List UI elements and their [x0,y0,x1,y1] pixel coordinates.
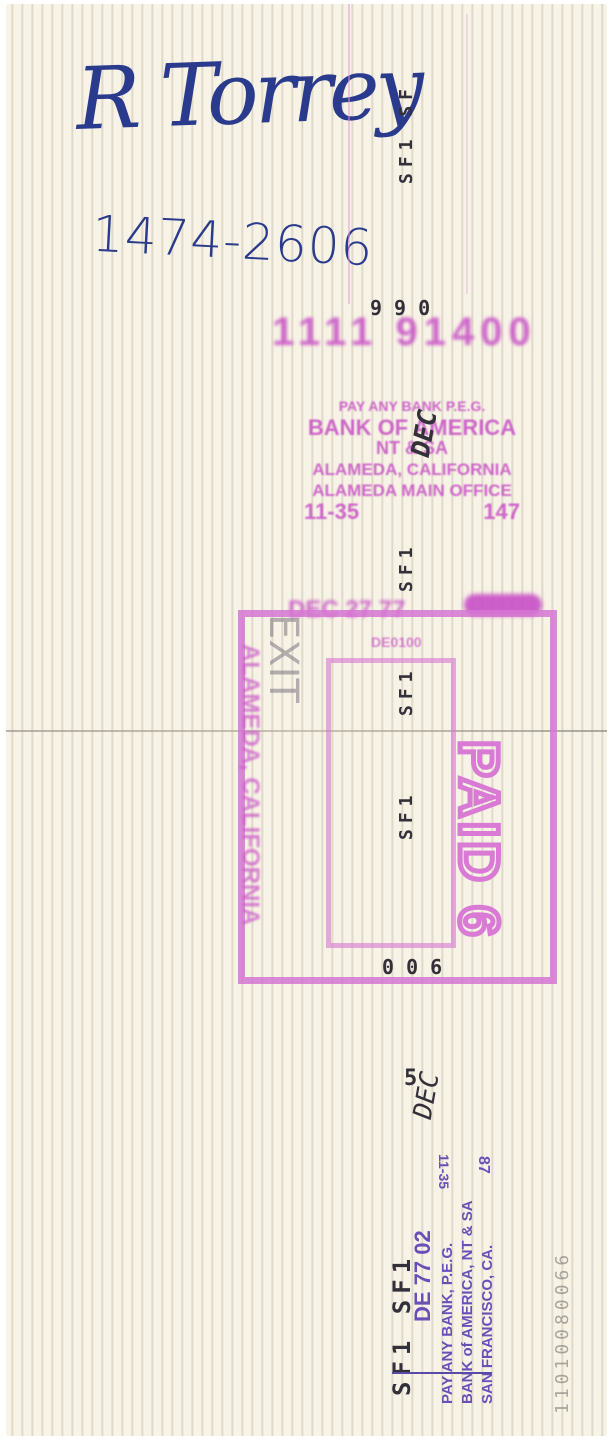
counter-low: 900 [370,954,442,978]
month-code-low: DEC [408,1070,446,1121]
processor-code-mid: SF1 [396,541,417,592]
paid-stamp: PAID 6 [447,740,512,940]
stamp-rotated-text: ALAMEDA, CALIFORNIA [236,644,264,925]
paid-label: PAID [448,740,511,886]
stamp-inner-box [326,658,456,948]
endorsement-phone: 1474-2606 [91,205,375,278]
purple-stamp-rule [392,1372,492,1374]
paid-number: 6 [448,905,511,940]
purple-stamp-routing: 11-35 [436,1154,452,1189]
processor-code-top: SF1 SF [396,83,417,184]
stamp-line: ALAMEDA, CALIFORNIA [296,459,528,480]
ink-line [348,4,350,304]
stamp-line: ALAMEDA MAIN OFFICE [296,480,528,501]
micr-dotted-digits: 11010080066 [552,1251,573,1414]
stamp-routing: 11-35 [304,501,359,522]
endorsement-signature: R Torrey [74,38,422,150]
check-back: R Torrey 1474-2606 SF1 SF 990 1111 91400… [6,4,607,1436]
purple-stamp-date: DE 77 02 [410,1230,436,1322]
stamp-numbers: 1111 91400 [272,310,537,355]
ink-line [466,14,468,294]
purple-stamp-number: 87 [474,1156,492,1174]
stamp-branch: 147 [483,501,520,522]
